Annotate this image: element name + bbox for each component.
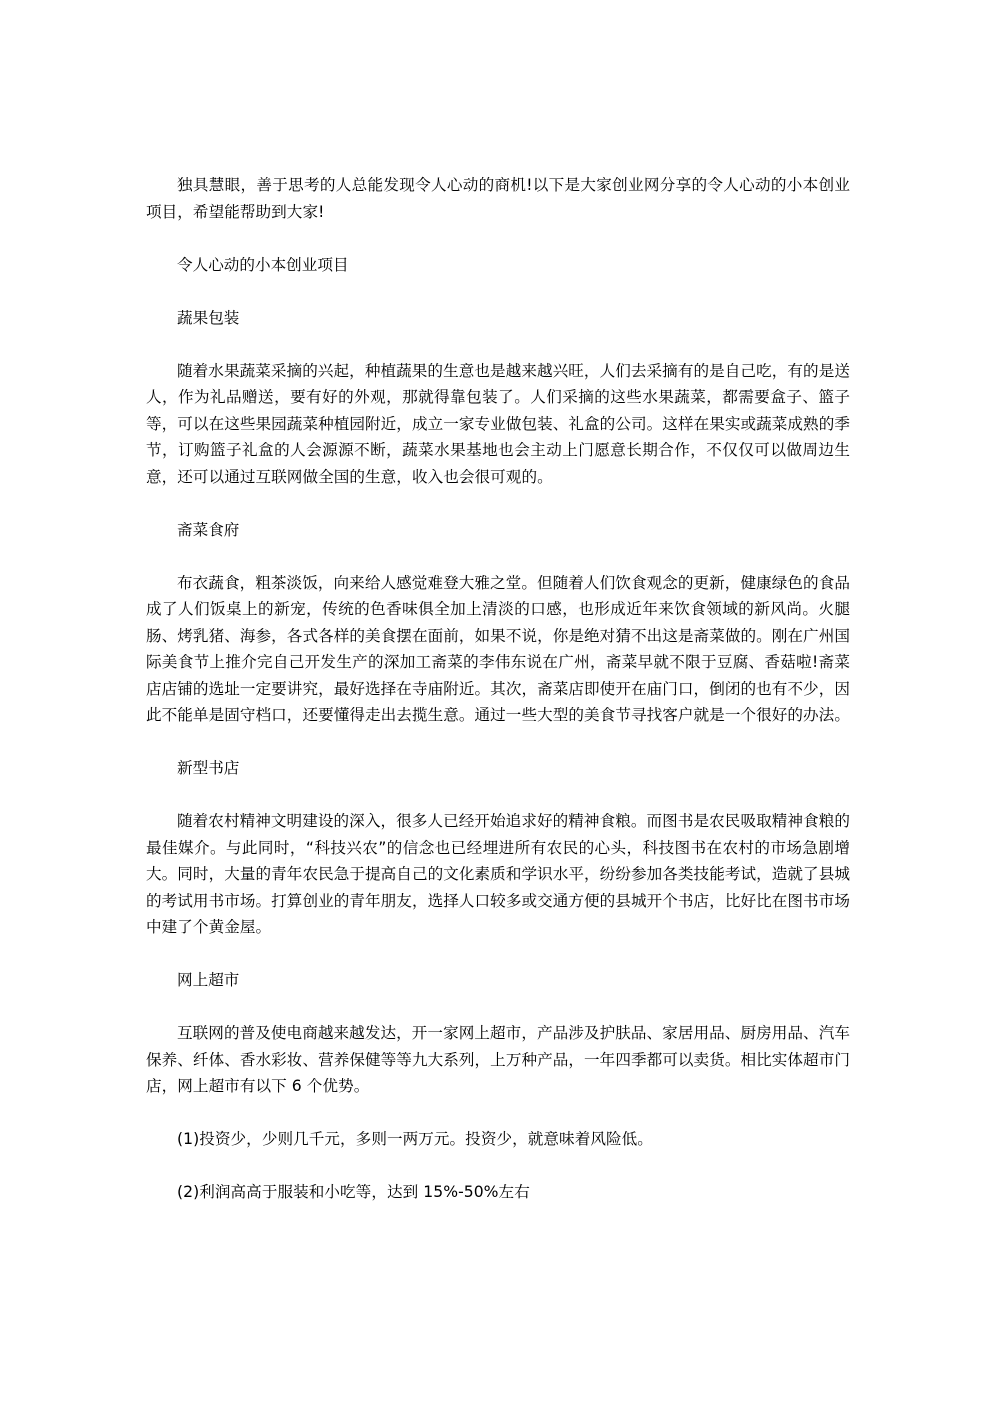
list-item: (2)利润高高于服装和小吃等，达到 15%-50%左右 bbox=[146, 1179, 850, 1206]
list-item: (1)投资少，少则几千元，多则一两万元。投资少，就意味着风险低。 bbox=[146, 1126, 850, 1153]
spacer bbox=[146, 543, 850, 570]
section-heading-online-supermarket: 网上超市 bbox=[146, 967, 850, 994]
section-paragraph: 随着水果蔬菜采摘的兴起，种植蔬果的生意也是越来越兴旺，人们去采摘有的是自己吃，有… bbox=[146, 358, 850, 491]
spacer bbox=[146, 1153, 850, 1180]
spacer bbox=[146, 941, 850, 968]
section-heading-vegetarian-restaurant: 斋菜食府 bbox=[146, 517, 850, 544]
section-heading-vegetable-packaging: 蔬果包装 bbox=[146, 305, 850, 332]
spacer bbox=[146, 782, 850, 809]
section-paragraph: 布衣蔬食，粗茶淡饭，向来给人感觉难登大雅之堂。但随着人们饮食观念的更新，健康绿色… bbox=[146, 570, 850, 729]
spacer bbox=[146, 1100, 850, 1127]
spacer bbox=[146, 729, 850, 756]
document-title: 令人心动的小本创业项目 bbox=[146, 252, 850, 279]
spacer bbox=[146, 225, 850, 252]
intro-paragraph: 独具慧眼，善于思考的人总能发现令人心动的商机!以下是大家创业网分享的令人心动的小… bbox=[146, 172, 850, 225]
spacer bbox=[146, 490, 850, 517]
spacer bbox=[146, 994, 850, 1021]
spacer bbox=[146, 278, 850, 305]
document-page: 独具慧眼，善于思考的人总能发现令人心动的商机!以下是大家创业网分享的令人心动的小… bbox=[146, 172, 850, 1206]
spacer bbox=[146, 331, 850, 358]
section-paragraph: 互联网的普及使电商越来越发达，开一家网上超市，产品涉及护肤品、家居用品、厨房用品… bbox=[146, 1020, 850, 1100]
section-paragraph: 随着农村精神文明建设的深入，很多人已经开始追求好的精神食粮。而图书是农民吸取精神… bbox=[146, 808, 850, 941]
section-heading-new-bookstore: 新型书店 bbox=[146, 755, 850, 782]
